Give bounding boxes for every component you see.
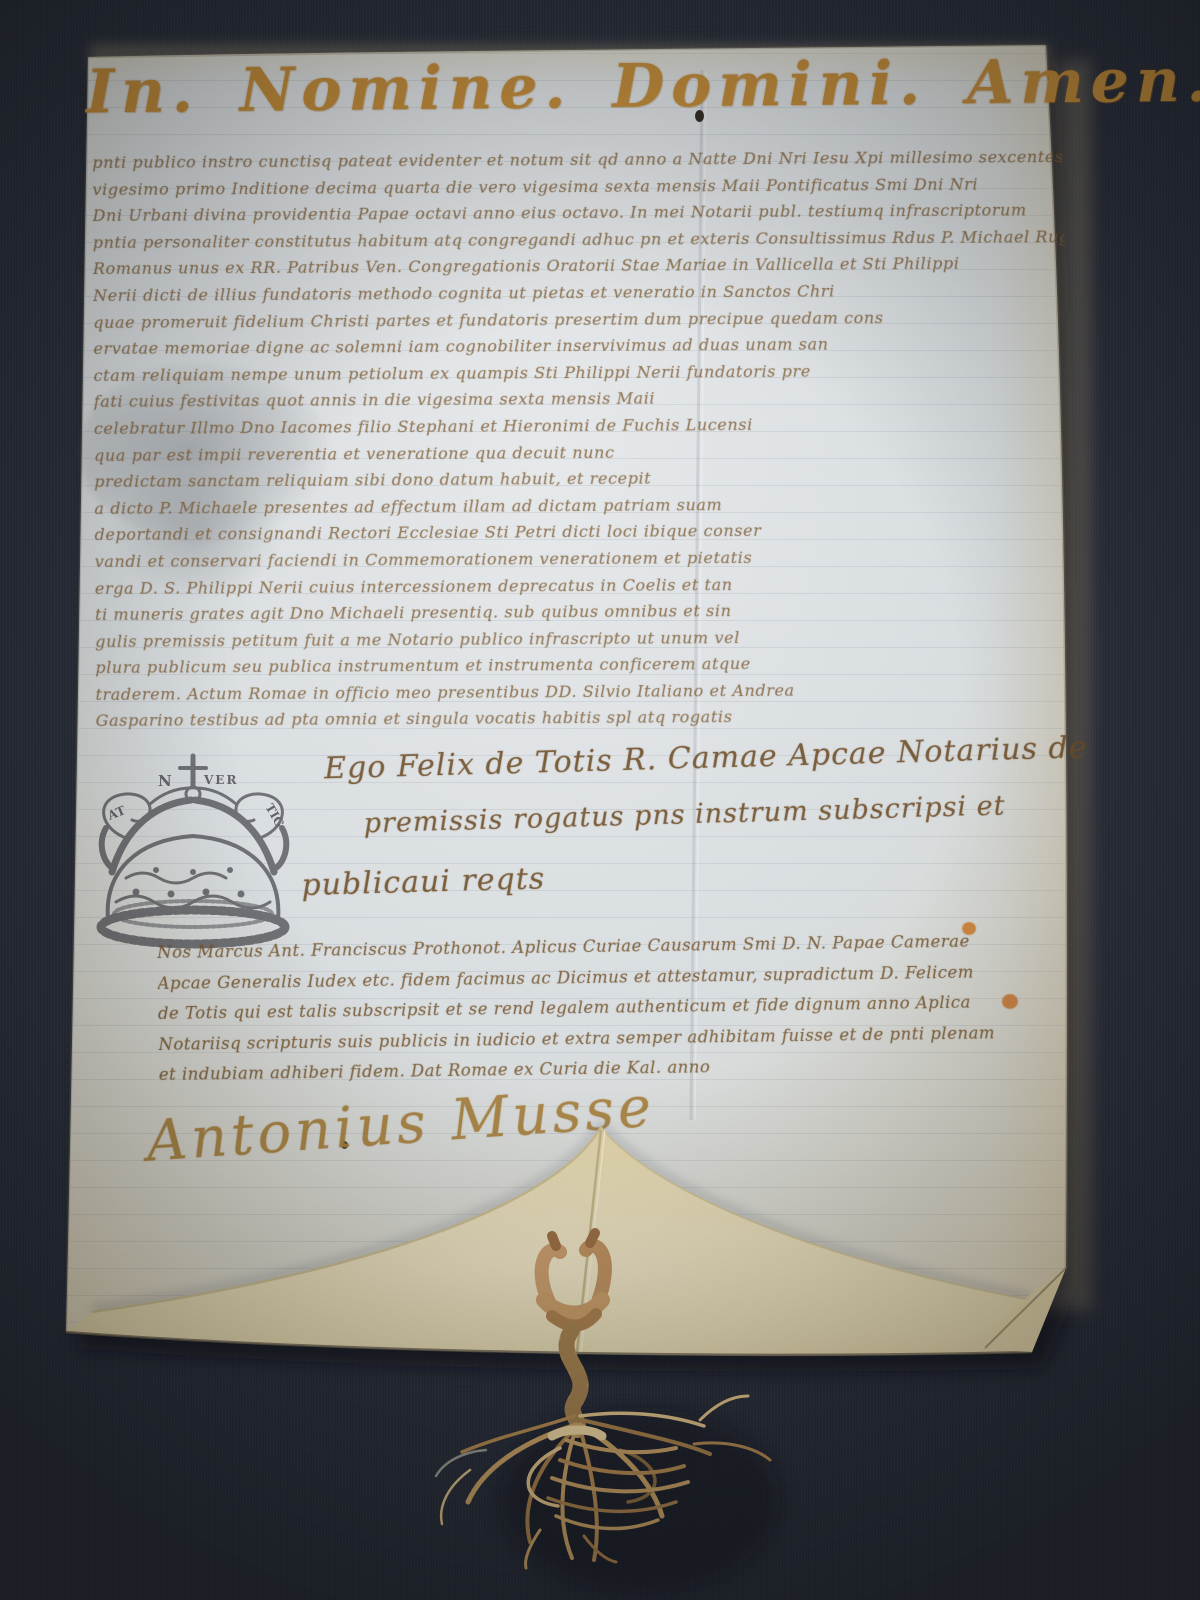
photograph-of-manuscript: N VER AT TIG In. Nomine. Domini. Amen. p… <box>0 0 1200 1600</box>
photo-vignette <box>0 0 1200 1600</box>
